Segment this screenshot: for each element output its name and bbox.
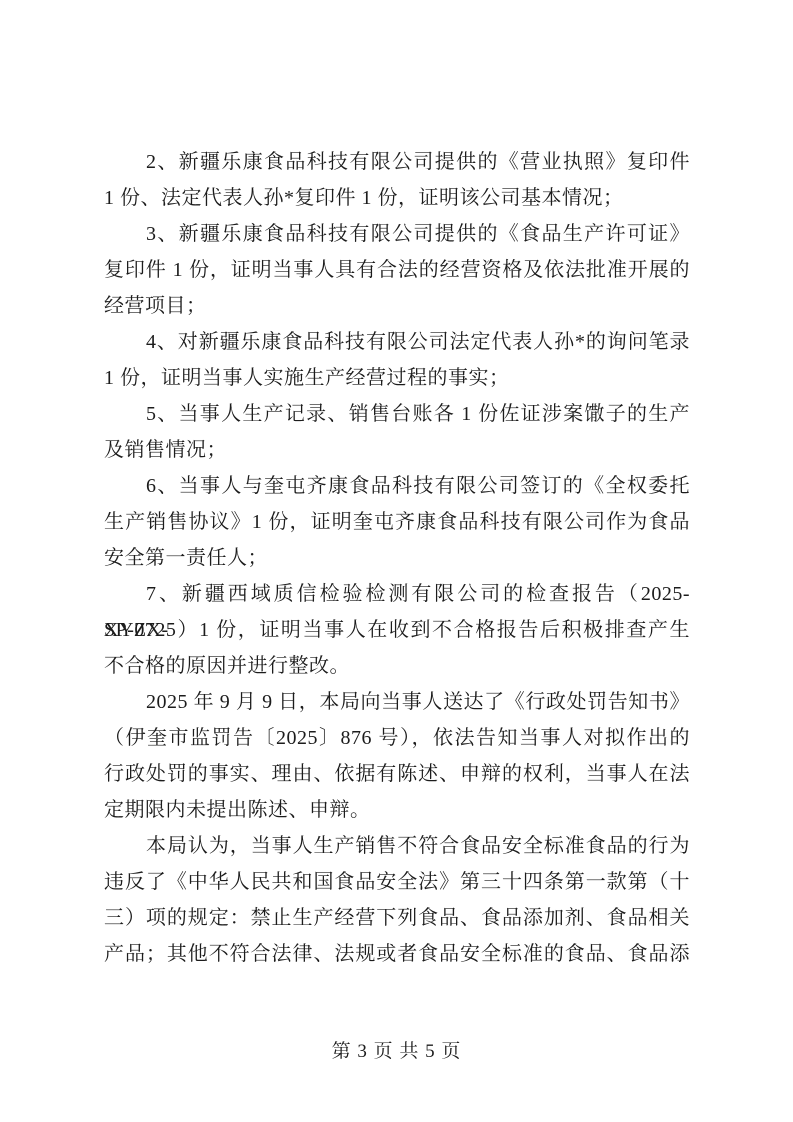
text-line: 1 份，证明当事人实施生产经营过程的事实； (104, 360, 690, 396)
text-line: 4、对新疆乐康食品科技有限公司法定代表人孙*的询问笔录 (104, 324, 690, 360)
text-line: 三）项的规定：禁止生产经营下列食品、食品添加剂、食品相关 (104, 900, 690, 936)
text-line: 2025 年 9 月 9 日，本局向当事人送达了《行政处罚告知书》 (104, 684, 690, 720)
text-line: 7、新疆西域质信检验检测有限公司的检查报告（2025-XYZX- (104, 576, 690, 612)
text-line: 复印件 1 份，证明当事人具有合法的经营资格及依法批准开展的 (104, 252, 690, 288)
text-line: SP-0725）1 份，证明当事人在收到不合格报告后积极排查产生 (104, 612, 690, 648)
text-line: 3、新疆乐康食品科技有限公司提供的《食品生产许可证》 (104, 216, 690, 252)
text-line: 定期限内未提出陈述、申辩。 (104, 792, 690, 828)
text-line: 经营项目； (104, 288, 690, 324)
text-line: 产品；其他不符合法律、法规或者食品安全标准的食品、食品添 (104, 936, 690, 972)
document-page: 2、新疆乐康食品科技有限公司提供的《营业执照》复印件1 份、法定代表人孙*复印件… (0, 0, 793, 1122)
text-line: 违反了《中华人民共和国食品安全法》第三十四条第一款第（十 (104, 864, 690, 900)
page-footer: 第 3 页 共 5 页 (0, 1036, 793, 1063)
text-line: 及销售情况； (104, 432, 690, 468)
text-line: 1 份、法定代表人孙*复印件 1 份，证明该公司基本情况； (104, 180, 690, 216)
text-line: （伊奎市监罚告〔2025〕876 号），依法告知当事人对拟作出的 (104, 720, 690, 756)
text-line: 行政处罚的事实、理由、依据有陈述、申辩的权利，当事人在法 (104, 756, 690, 792)
text-line: 安全第一责任人； (104, 540, 690, 576)
text-line: 5、当事人生产记录、销售台账各 1 份佐证涉案馓子的生产 (104, 396, 690, 432)
document-body: 2、新疆乐康食品科技有限公司提供的《营业执照》复印件1 份、法定代表人孙*复印件… (104, 144, 690, 972)
text-line: 本局认为，当事人生产销售不符合食品安全标准食品的行为 (104, 828, 690, 864)
text-line: 不合格的原因并进行整改。 (104, 648, 690, 684)
text-line: 6、当事人与奎屯齐康食品科技有限公司签订的《全权委托 (104, 468, 690, 504)
text-line: 生产销售协议》1 份，证明奎屯齐康食品科技有限公司作为食品 (104, 504, 690, 540)
text-line: 2、新疆乐康食品科技有限公司提供的《营业执照》复印件 (104, 144, 690, 180)
